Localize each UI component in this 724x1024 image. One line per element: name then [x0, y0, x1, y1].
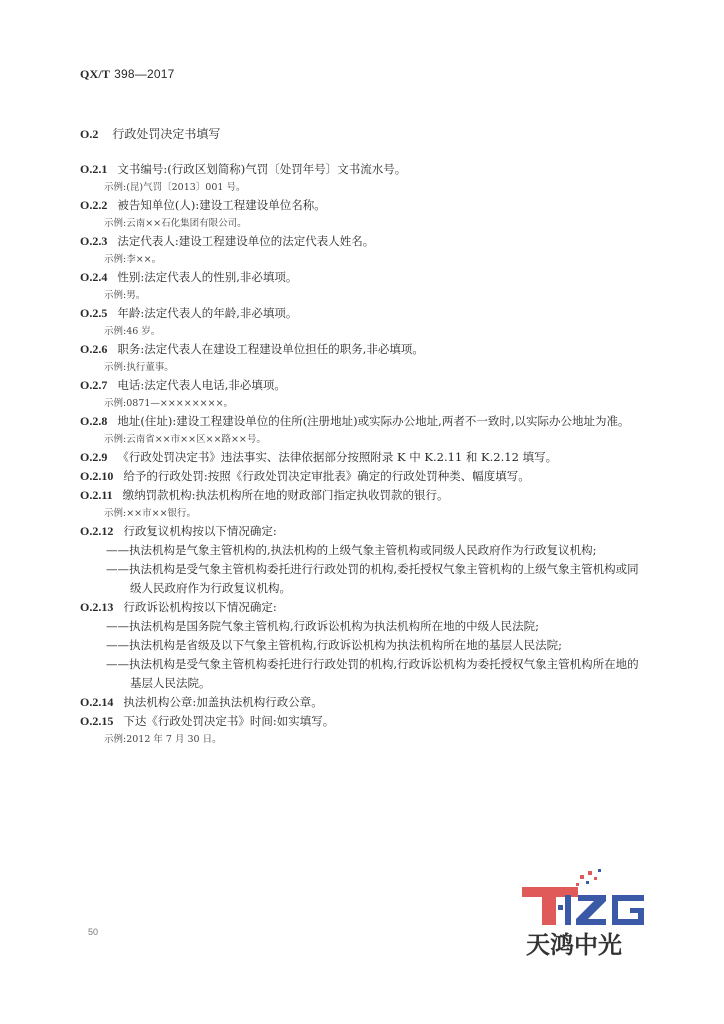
clause-number: O.2.15: [80, 714, 113, 728]
example-text: 示例:××市××银行。: [80, 505, 645, 522]
clause-number: O.2.1: [80, 162, 107, 176]
clause-number: O.2.14: [80, 695, 113, 709]
clause: O.2.13行政诉讼机构按以下情况确定:: [80, 598, 645, 617]
thzg-logo-icon: 天鸿中光: [520, 865, 665, 960]
clause-number: O.2.12: [80, 524, 113, 538]
example-text: 示例:云南××石化集团有限公司。: [80, 215, 645, 232]
clause: O.2.5年龄:法定代表人的年龄,非必填项。: [80, 304, 645, 323]
example-text: 示例:执行董事。: [80, 359, 645, 376]
clause-text: 执法机构公章:加盖执法机构行政公章。: [123, 695, 322, 709]
clause-number: O.2.7: [80, 378, 107, 392]
clause: O.2.8地址(住址):建设工程建设单位的住所(注册地址)或实际办公地址,两者不…: [80, 412, 645, 431]
example-text: 示例:2012 年 7 月 30 日。: [80, 731, 645, 748]
clause-text: 年龄:法定代表人的年龄,非必填项。: [117, 306, 297, 320]
example-text: 示例:云南省××市××区××路××号。: [80, 431, 645, 448]
clause: O.2.9《行政处罚决定书》违法事实、法律依据部分按照附录 K 中 K.2.11…: [80, 448, 645, 467]
clause: O.2.4性别:法定代表人的性别,非必填项。: [80, 268, 645, 287]
clause-text: 行政复议机构按以下情况确定:: [123, 524, 276, 538]
clause: O.2.11缴纳罚款机构:执法机构所在地的财政部门指定执收罚款的银行。: [80, 486, 645, 505]
standard-code-prefix: QX/T: [80, 67, 110, 81]
clause: O.2.1文书编号:(行政区划简称)气罚〔处罚年号〕文书流水号。: [80, 160, 645, 179]
list-item: ——执法机构是国务院气象主管机构,行政诉讼机构为执法机构所在地的中级人民法院;: [80, 617, 645, 636]
clause-number: O.2.3: [80, 234, 107, 248]
example-text: 示例:(昆)气罚〔2013〕001 号。: [80, 179, 645, 196]
svg-text:天鸿中光: 天鸿中光: [526, 931, 622, 959]
example-text: 示例:46 岁。: [80, 323, 645, 340]
clause-text: 地址(住址):建设工程建设单位的住所(注册地址)或实际办公地址,两者不一致时,以…: [117, 414, 629, 428]
clause-text: 行政诉讼机构按以下情况确定:: [123, 600, 276, 614]
list-item: ——执法机构是受气象主管机构委托进行行政处罚的机构,委托授权气象主管机构的上级气…: [80, 560, 645, 598]
clause-number: O.2.11: [80, 488, 113, 502]
clause: O.2.15下达《行政处罚决定书》时间:如实填写。: [80, 712, 645, 731]
clause-number: O.2.8: [80, 414, 107, 428]
clause-text: 被告知单位(人):建设工程建设单位名称。: [117, 198, 325, 212]
standard-code-number: 398—2017: [114, 67, 174, 81]
clause-text: 下达《行政处罚决定书》时间:如实填写。: [123, 714, 334, 728]
clause-number: O.2.2: [80, 198, 107, 212]
clause: O.2.14执法机构公章:加盖执法机构行政公章。: [80, 693, 645, 712]
clause-text: 给予的行政处罚:按照《行政处罚决定审批表》确定的行政处罚种类、幅度填写。: [123, 469, 529, 483]
clause-text: 法定代表人:建设工程建设单位的法定代表人姓名。: [117, 234, 374, 248]
clause: O.2.7电话:法定代表人电话,非必填项。: [80, 376, 645, 395]
standard-code: QX/T 398—2017: [80, 67, 174, 82]
list-item: ——执法机构是气象主管机构的,执法机构的上级气象主管机构或同级人民政府作为行政复…: [80, 541, 645, 560]
clause-number: O.2.13: [80, 600, 113, 614]
clause-number: O.2.5: [80, 306, 107, 320]
clause-text: 电话:法定代表人电话,非必填项。: [117, 378, 286, 392]
clause-number: O.2.6: [80, 342, 107, 356]
clause-list: O.2.1文书编号:(行政区划简称)气罚〔处罚年号〕文书流水号。示例:(昆)气罚…: [80, 160, 645, 748]
clause: O.2.10给予的行政处罚:按照《行政处罚决定审批表》确定的行政处罚种类、幅度填…: [80, 467, 645, 486]
clause-text: 《行政处罚决定书》违法事实、法律依据部分按照附录 K 中 K.2.11 和 K.…: [117, 450, 557, 464]
clause-number: O.2.10: [80, 469, 113, 483]
clause-text: 性别:法定代表人的性别,非必填项。: [117, 270, 297, 284]
section-number: O.2: [80, 127, 98, 141]
clause-number: O.2.9: [80, 450, 107, 464]
section-heading: O.2行政处罚决定书填写: [80, 125, 220, 142]
clause-text: 文书编号:(行政区划简称)气罚〔处罚年号〕文书流水号。: [117, 162, 406, 176]
list-item: ——执法机构是受气象主管机构委托进行行政处罚的机构,行政诉讼机构为委托授权气象主…: [80, 655, 645, 693]
page-number: 50: [88, 927, 98, 937]
clause: O.2.3法定代表人:建设工程建设单位的法定代表人姓名。: [80, 232, 645, 251]
list-item: ——执法机构是省级及以下气象主管机构,行政诉讼机构为执法机构所在地的基层人民法院…: [80, 636, 645, 655]
clause-text: 职务:法定代表人在建设工程建设单位担任的职务,非必填项。: [117, 342, 424, 356]
clause: O.2.6职务:法定代表人在建设工程建设单位担任的职务,非必填项。: [80, 340, 645, 359]
publisher-logo: 天鸿中光: [520, 865, 665, 960]
clause-text: 缴纳罚款机构:执法机构所在地的财政部门指定执收罚款的银行。: [123, 488, 449, 502]
example-text: 示例:0871—××××××××。: [80, 395, 645, 412]
section-title: 行政处罚决定书填写: [112, 127, 220, 141]
clause: O.2.2被告知单位(人):建设工程建设单位名称。: [80, 196, 645, 215]
example-text: 示例:李××。: [80, 251, 645, 268]
clause: O.2.12行政复议机构按以下情况确定:: [80, 522, 645, 541]
example-text: 示例:男。: [80, 287, 645, 304]
clause-number: O.2.4: [80, 270, 107, 284]
